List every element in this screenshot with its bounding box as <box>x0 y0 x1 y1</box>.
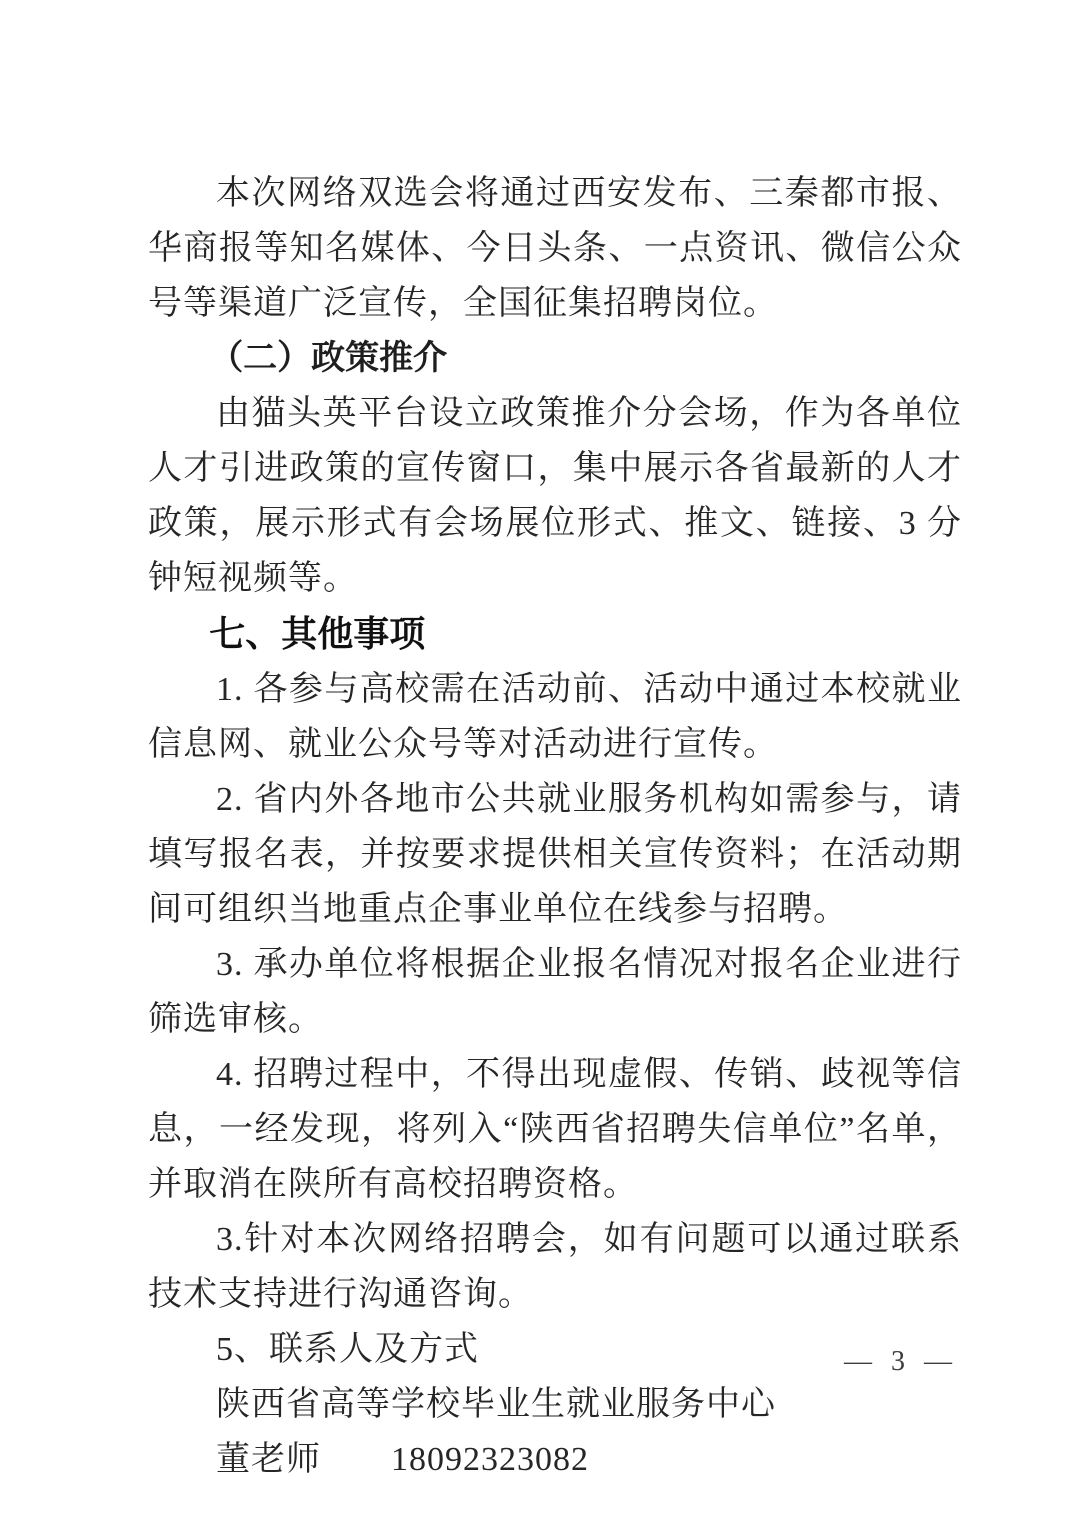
heading-policy-promotion: （二）政策推介 <box>148 331 962 386</box>
para-media-promotion: 本次网络双选会将通过西安发布、三秦都市报、华商报等知名媒体、今日头条、一点资讯、… <box>148 166 962 331</box>
para-policy-platform: 由猫头英平台设立政策推介分会场，作为各单位人才引进政策的宣传窗口，集中展示各省最… <box>148 386 962 606</box>
page-number: — 3 — <box>844 1346 958 1378</box>
item-3b-tech-support: 3.针对本次网络招聘会，如有问题可以通过联系技术支持进行沟通咨询。 <box>148 1212 962 1322</box>
item-3-organizer-review: 3. 承办单位将根据企业报名情况对报名企业进行筛选审核。 <box>148 937 962 1047</box>
item-2-public-employment-services: 2. 省内外各地市公共就业服务机构如需参与，请填写报名表，并按要求提供相关宣传资… <box>148 772 962 937</box>
item-4-recruitment-rules: 4. 招聘过程中，不得出现虚假、传销、歧视等信息，一经发现，将列入“陕西省招聘失… <box>148 1047 962 1212</box>
item-1-university-promotion: 1. 各参与高校需在活动前、活动中通过本校就业信息网、就业公众号等对活动进行宣传… <box>148 662 962 772</box>
para-contact-person-phone: 董老师 18092323082 <box>148 1432 962 1487</box>
para-service-center-name: 陕西省高等学校毕业生就业服务中心 <box>148 1377 962 1432</box>
item-5-contact-heading: 5、联系人及方式 <box>148 1322 962 1377</box>
document-content: 本次网络双选会将通过西安发布、三秦都市报、华商报等知名媒体、今日头条、一点资讯、… <box>148 166 962 1487</box>
heading-other-matters: 七、其他事项 <box>148 606 962 662</box>
document-page: 本次网络双选会将通过西安发布、三秦都市报、华商报等知名媒体、今日头条、一点资讯、… <box>0 0 1080 1528</box>
